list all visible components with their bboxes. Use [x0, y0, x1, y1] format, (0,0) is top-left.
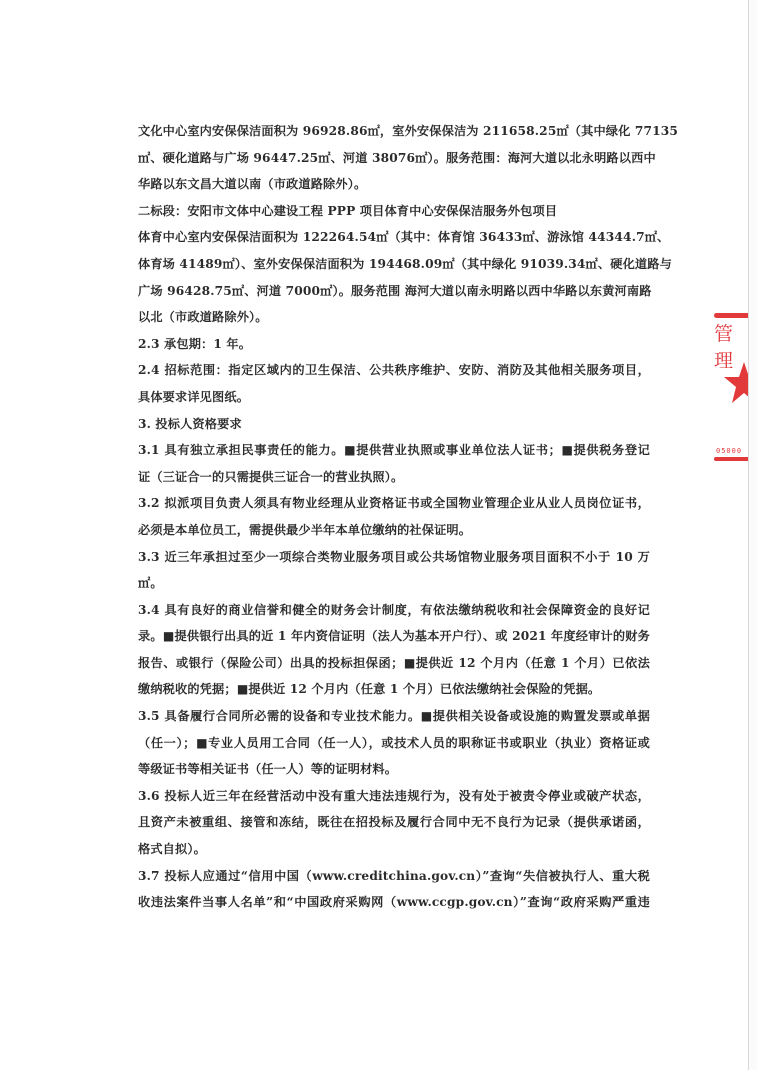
document-body: 文化中心室内安保保洁面积为 96928.86㎡，室外安保保洁为 211658.2… — [138, 118, 650, 916]
body-line: （任一）；■专业人员用工合同（任一人），或技术人员的职称证书或职业（执业）资格证… — [138, 730, 650, 757]
body-line: 收违法案件当事人名单”和“中国政府采购网（www.ccgp.gov.cn）”查询… — [138, 889, 650, 916]
star-icon — [724, 360, 748, 405]
page-edge-shadow — [749, 0, 757, 1070]
body-line: 录。■提供银行出具的近 1 年内资信证明（法人为基本开户行）、或 2021 年度… — [138, 623, 650, 650]
stamp-number: 05000 — [716, 447, 742, 455]
body-line: 体育中心室内安保保洁面积为 122264.54㎡（其中：体育馆 36433㎡、游… — [138, 224, 650, 251]
body-line: ㎡。 — [138, 570, 650, 597]
section-heading-qualifications: 3. 投标人资格要求 — [138, 411, 650, 438]
clause-3-6: 3.6 投标人近三年在经营活动中没有重大违法违规行为，没有处于被责令停业或破产状… — [138, 783, 650, 810]
clause-3-3: 3.3 近三年承担过至少一项综合类物业服务项目或公共场馆物业服务项目面积不小于 … — [138, 544, 650, 571]
body-line: 华路以东文昌大道以南（市政道路除外）。 — [138, 171, 650, 198]
body-line: 缴纳税收的凭据；■提供近 12 个月内（任意 1 个月）已依法缴纳社会保险的凭据… — [138, 676, 650, 703]
body-line: 格式自拟）。 — [138, 836, 650, 863]
body-line: 具体要求详见图纸。 — [138, 384, 650, 411]
body-line: 证（三证合一的只需提供三证合一的营业执照）。 — [138, 464, 650, 491]
body-line: 广场 96428.75㎡、河道 7000㎡）。服务范围 海河大道以南永明路以西中… — [138, 278, 650, 305]
body-line: 体育场 41489㎡）、室外安保保洁面积为 194468.09㎡（其中绿化 91… — [138, 251, 650, 278]
clause-2-3: 2.3 承包期：1 年。 — [138, 331, 650, 358]
body-line: 等级证书等相关证书（任一人）等的证明材料。 — [138, 756, 650, 783]
official-seal-stamp: 管理 05000 — [700, 305, 748, 465]
stamp-arc — [714, 313, 748, 318]
clause-2-4: 2.4 招标范围：指定区域内的卫生保洁、公共秩序维护、安防、消防及其他相关服务项… — [138, 357, 650, 384]
clause-3-2: 3.2 拟派项目负责人须具有物业经理从业资格证书或全国物业管理企业从业人员岗位证… — [138, 490, 650, 517]
body-line: ㎡、硬化道路与广场 96447.25㎡、河道 38076㎡）。服务范围：海河大道… — [138, 145, 650, 172]
body-line: 以北（市政道路除外）。 — [138, 304, 650, 331]
stamp-arc — [714, 457, 748, 461]
section-heading-lot-2: 二标段：安阳市文体中心建设工程 PPP 项目体育中心安保保洁服务外包项目 — [138, 198, 650, 225]
body-line: 且资产未被重组、接管和冻结，既往在招投标及履行合同中无不良行为记录（提供承诺函， — [138, 809, 650, 836]
body-line: 必须是本单位员工，需提供最少半年本单位缴纳的社保证明。 — [138, 517, 650, 544]
clause-3-1: 3.1 具有独立承担民事责任的能力。■提供营业执照或事业单位法人证书；■提供税务… — [138, 437, 650, 464]
clause-3-4: 3.4 具有良好的商业信誉和健全的财务会计制度，有依法缴纳税收和社会保障资金的良… — [138, 597, 650, 624]
clause-3-7: 3.7 投标人应通过“信用中国（www.creditchina.gov.cn）”… — [138, 863, 650, 890]
body-line: 文化中心室内安保保洁面积为 96928.86㎡，室外安保保洁为 211658.2… — [138, 118, 650, 145]
body-line: 报告、或银行（保险公司）出具的投标担保函；■提供近 12 个月内（任意 1 个月… — [138, 650, 650, 677]
clause-3-5: 3.5 具备履行合同所必需的设备和专业技术能力。■提供相关设备或设施的购置发票或… — [138, 703, 650, 730]
